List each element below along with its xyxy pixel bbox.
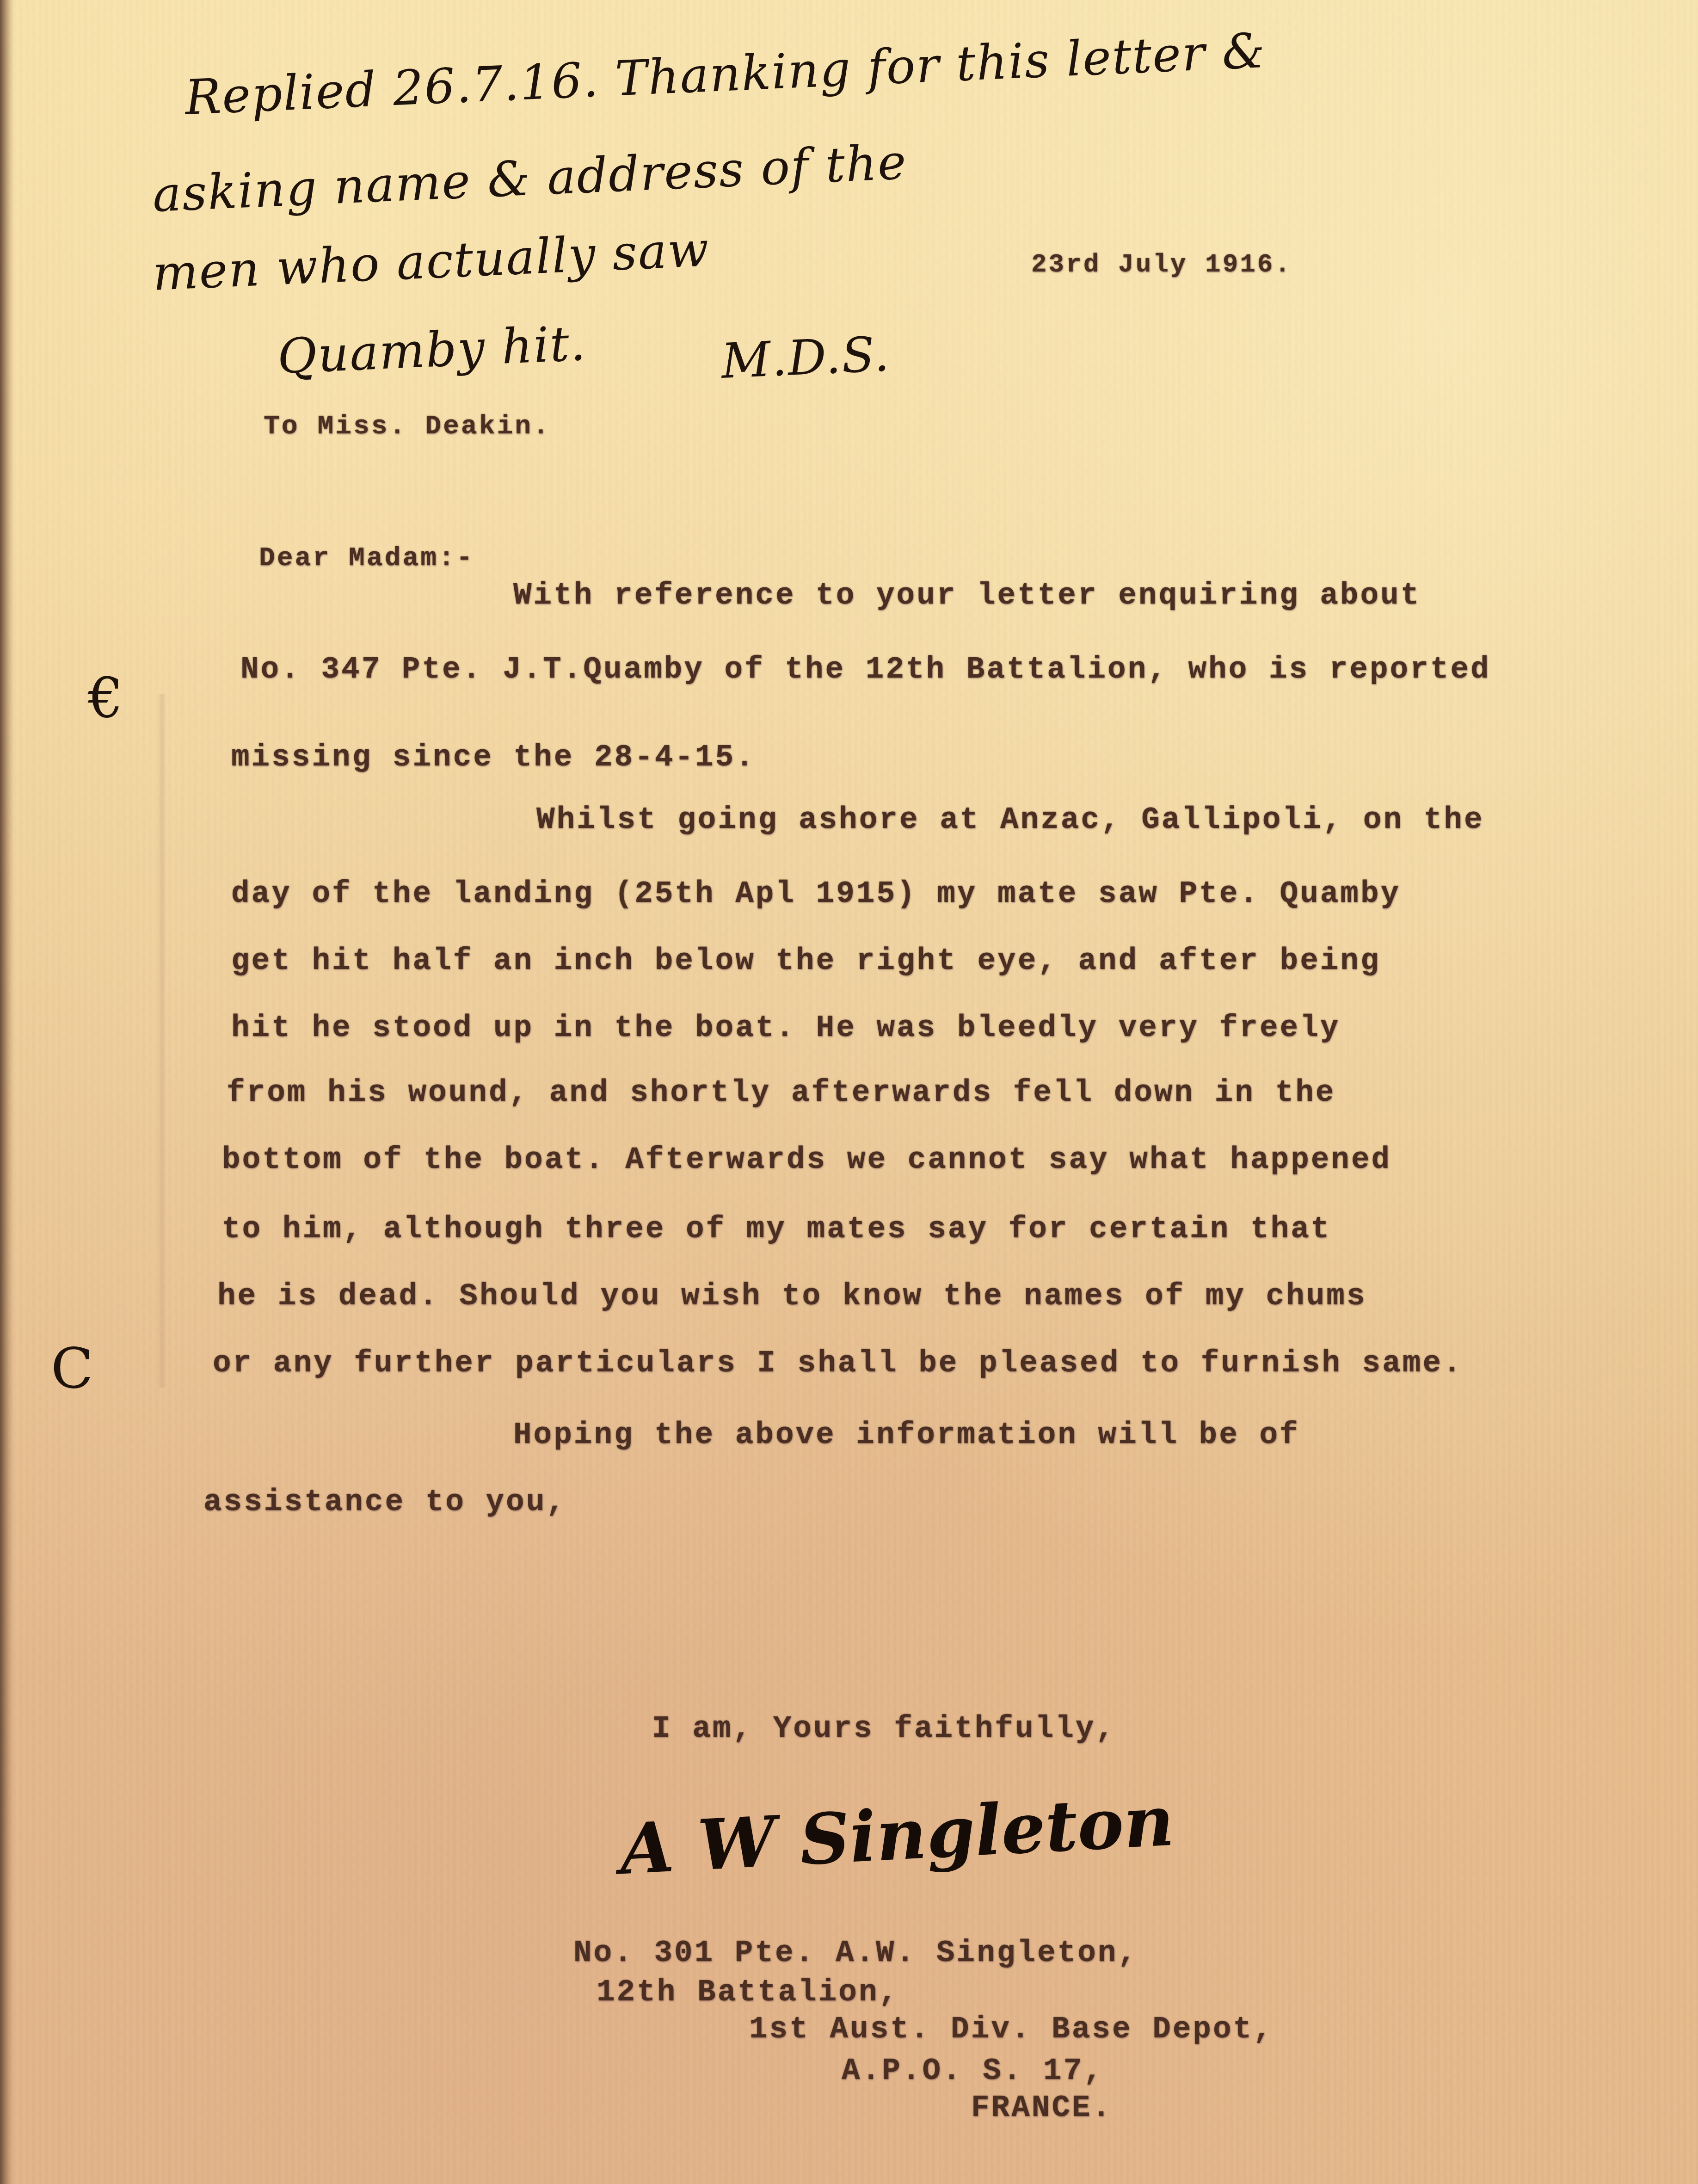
body-line-9: bottom of the boat. Afterwards we cannot…: [222, 1142, 1391, 1177]
body-line-14: assistance to you,: [203, 1485, 566, 1519]
body-line-11: he is dead. Should you wish to know the …: [217, 1279, 1367, 1314]
body-line-4: Whilst going ashore at Anzac, Gallipoli,…: [536, 802, 1484, 837]
body-line-12: or any further particulars I shall be pl…: [213, 1346, 1463, 1381]
closing: I am, Yours faithfully,: [652, 1711, 1116, 1746]
body-line-7: hit he stood up in the boat. He was blee…: [231, 1011, 1340, 1045]
margin-mark-1: €: [88, 666, 123, 730]
salutation: Dear Madam:-: [259, 543, 474, 574]
paper-crease: [157, 694, 166, 1388]
body-line-13: Hoping the above information will be of: [513, 1418, 1300, 1452]
sender-line-5: FRANCE.: [971, 2091, 1112, 2125]
body-line-2: No. 347 Pte. J.T.Quamby of the 12th Batt…: [240, 652, 1491, 687]
sender-line-1: No. 301 Pte. A.W. Singleton,: [573, 1936, 1138, 1970]
addressee: To Miss. Deakin.: [264, 412, 551, 442]
margin-mark-2: C: [51, 1337, 93, 1401]
body-line-6: get hit half an inch below the right eye…: [231, 944, 1381, 978]
body-line-3: missing since the 28-4-15.: [231, 740, 756, 775]
body-line-1: With reference to your letter enquiring …: [513, 578, 1421, 613]
body-line-5: day of the landing (25th Apl 1915) my ma…: [231, 876, 1401, 911]
letter-date: 23rd July 1916.: [1031, 250, 1292, 279]
annotation-initials: M.D.S.: [720, 326, 891, 389]
sender-line-2: 12th Battalion,: [597, 1975, 899, 2010]
body-line-10: to him, although three of my mates say f…: [222, 1212, 1331, 1246]
sender-line-4: A.P.O. S. 17,: [842, 2054, 1104, 2088]
page-edge-shadow: [0, 0, 14, 2184]
sender-line-3: 1st Aust. Div. Base Depot,: [749, 2012, 1273, 2047]
body-line-8: from his wound, and shortly afterwards f…: [227, 1075, 1335, 1110]
